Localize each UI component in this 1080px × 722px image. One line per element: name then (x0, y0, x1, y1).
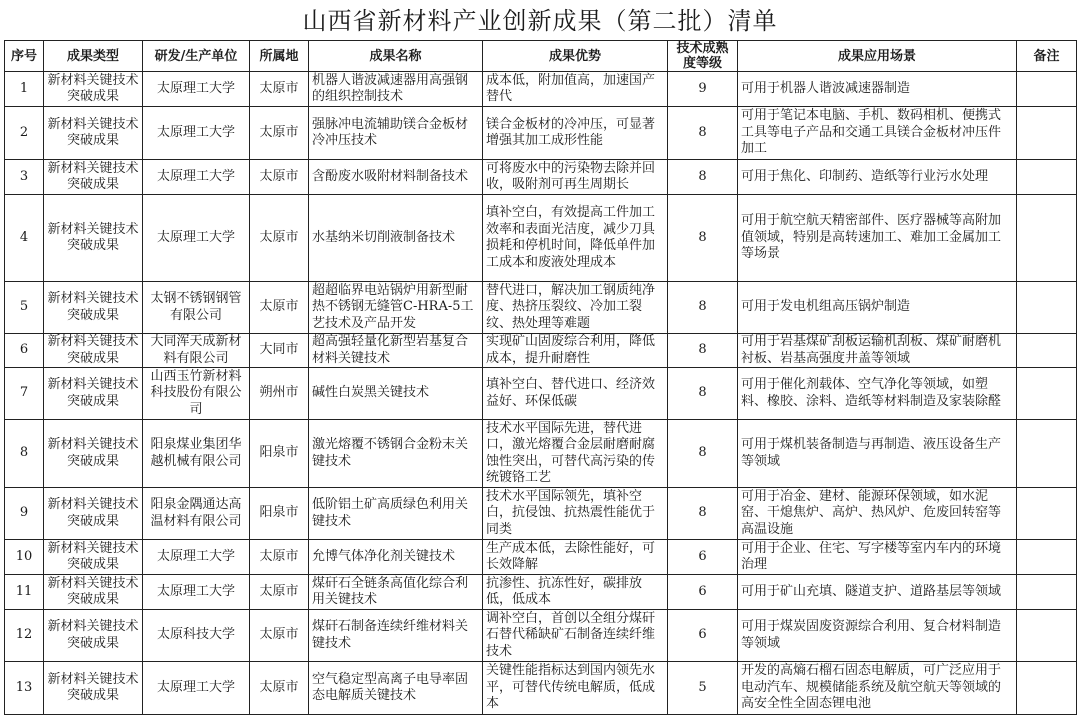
header-location: 所属地 (250, 41, 309, 72)
cell-location: 太原市 (250, 160, 309, 195)
header-advantage: 成果优势 (483, 41, 668, 72)
cell-trl: 6 (668, 610, 738, 662)
cell-type: 新材料关键技术突破成果 (44, 282, 143, 334)
cell-note (1017, 195, 1077, 282)
cell-type: 新材料关键技术突破成果 (44, 195, 143, 282)
table-row: 1 新材料关键技术突破成果 太原理工大学 太原市 机器人谐波减速器用高强钢的组织… (5, 72, 1077, 107)
cell-unit: 阳泉金隅通达高温材料有限公司 (143, 488, 250, 540)
cell-type: 新材料关键技术突破成果 (44, 662, 143, 715)
cell-unit: 太原理工大学 (143, 575, 250, 610)
cell-name: 超超临界电站锅炉用新型耐热不锈钢无缝管C-HRA-5工艺技术及产品开发 (309, 282, 483, 334)
cell-scenario: 可用于催化剂载体、空气净化等领域，如塑料、橡胶、涂料、造纸等材料制造及家装除醛 (738, 368, 1017, 420)
cell-advantage: 成本低，附加值高，加速国产替代 (483, 72, 668, 107)
cell-advantage: 填补空白，有效提高工件加工效率和表面光洁度，减少刀具损耗和停机时间，降低单件加工… (483, 195, 668, 282)
cell-trl: 5 (668, 662, 738, 715)
cell-advantage: 替代进口，解决加工钢质纯净度、热挤压裂纹、冷加工裂纹、热处理等难题 (483, 282, 668, 334)
header-type: 成果类型 (44, 41, 143, 72)
table-row: 12 新材料关键技术突破成果 太原科技大学 太原市 煤矸石制备连续纤维材料关键技… (5, 610, 1077, 662)
table-row: 13 新材料关键技术突破成果 太原理工大学 太原市 空气稳定型高离子电导率固态电… (5, 662, 1077, 715)
cell-trl: 8 (668, 368, 738, 420)
cell-seq: 6 (5, 334, 44, 368)
cell-scenario: 可用于发电机组高压锅炉制造 (738, 282, 1017, 334)
cell-scenario: 可用于焦化、印制药、造纸等行业污水处理 (738, 160, 1017, 195)
cell-seq: 2 (5, 107, 44, 160)
cell-type: 新材料关键技术突破成果 (44, 160, 143, 195)
header-seq: 序号 (5, 41, 44, 72)
cell-advantage: 调补空白，首创以全组分煤矸石替代稀缺矿石制备连续纤维技术 (483, 610, 668, 662)
cell-seq: 8 (5, 420, 44, 488)
cell-unit: 太原理工大学 (143, 160, 250, 195)
cell-name: 强脉冲电流辅助镁合金板材冷冲压技术 (309, 107, 483, 160)
cell-seq: 4 (5, 195, 44, 282)
cell-type: 新材料关键技术突破成果 (44, 72, 143, 107)
achievements-table: 序号 成果类型 研发/生产单位 所属地 成果名称 成果优势 技术成熟度等级 成果… (4, 40, 1077, 715)
cell-advantage: 技术水平国际领先，填补空白，抗侵蚀、抗热震性能优于同类 (483, 488, 668, 540)
cell-advantage: 镁合金板材的冷冲压，可显著增强其加工成形性能 (483, 107, 668, 160)
table-row: 7 新材料关键技术突破成果 山西玉竹新材料科技股份有限公司 朔州市 碱性白炭黑关… (5, 368, 1077, 420)
header-trl: 技术成熟度等级 (668, 41, 738, 72)
cell-advantage: 实现矿山固废综合利用，降低成本，提升耐磨性 (483, 334, 668, 368)
cell-trl: 8 (668, 420, 738, 488)
cell-unit: 阳泉煤业集团华越机械有限公司 (143, 420, 250, 488)
cell-trl: 6 (668, 540, 738, 575)
cell-unit: 太原理工大学 (143, 195, 250, 282)
cell-note (1017, 420, 1077, 488)
table-row: 2 新材料关键技术突破成果 太原理工大学 太原市 强脉冲电流辅助镁合金板材冷冲压… (5, 107, 1077, 160)
cell-location: 太原市 (250, 282, 309, 334)
cell-location: 太原市 (250, 72, 309, 107)
cell-trl: 8 (668, 488, 738, 540)
cell-type: 新材料关键技术突破成果 (44, 575, 143, 610)
cell-scenario: 可用于煤机装备制造与再制造、液压设备生产等领域 (738, 420, 1017, 488)
cell-scenario: 可用于煤炭固废资源综合利用、复合材料制造等领域 (738, 610, 1017, 662)
cell-name: 低阶铝土矿高质绿色利用关键技术 (309, 488, 483, 540)
cell-seq: 5 (5, 282, 44, 334)
cell-unit: 太钢不锈钢钢管有限公司 (143, 282, 250, 334)
cell-name: 煤矸石全链条高值化综合利用关键技术 (309, 575, 483, 610)
cell-trl: 9 (668, 72, 738, 107)
cell-unit: 太原理工大学 (143, 540, 250, 575)
cell-seq: 11 (5, 575, 44, 610)
cell-location: 阳泉市 (250, 488, 309, 540)
table-row: 8 新材料关键技术突破成果 阳泉煤业集团华越机械有限公司 阳泉市 激光熔覆不锈钢… (5, 420, 1077, 488)
cell-note (1017, 610, 1077, 662)
cell-note (1017, 575, 1077, 610)
cell-trl: 8 (668, 334, 738, 368)
header-note: 备注 (1017, 41, 1077, 72)
cell-seq: 12 (5, 610, 44, 662)
cell-unit: 山西玉竹新材料科技股份有限公司 (143, 368, 250, 420)
cell-type: 新材料关键技术突破成果 (44, 610, 143, 662)
cell-scenario: 可用于企业、住宅、写字楼等室内车内的环境治理 (738, 540, 1017, 575)
header-scenario: 成果应用场景 (738, 41, 1017, 72)
cell-type: 新材料关键技术突破成果 (44, 334, 143, 368)
cell-location: 阳泉市 (250, 420, 309, 488)
cell-location: 太原市 (250, 610, 309, 662)
cell-scenario: 可用于机器人谐波减速器制造 (738, 72, 1017, 107)
cell-name: 机器人谐波减速器用高强钢的组织控制技术 (309, 72, 483, 107)
cell-scenario: 可用于岩基煤矿刮板运输机刮板、煤矿耐磨机衬板、岩基高强度井盖等领域 (738, 334, 1017, 368)
table-row: 4 新材料关键技术突破成果 太原理工大学 太原市 水基纳米切削液制备技术 填补空… (5, 195, 1077, 282)
cell-unit: 太原理工大学 (143, 72, 250, 107)
header-row: 序号 成果类型 研发/生产单位 所属地 成果名称 成果优势 技术成熟度等级 成果… (5, 41, 1077, 72)
cell-seq: 10 (5, 540, 44, 575)
cell-seq: 1 (5, 72, 44, 107)
cell-unit: 太原理工大学 (143, 662, 250, 715)
cell-name: 激光熔覆不锈钢合金粉末关键技术 (309, 420, 483, 488)
table-row: 11 新材料关键技术突破成果 太原理工大学 太原市 煤矸石全链条高值化综合利用关… (5, 575, 1077, 610)
cell-note (1017, 540, 1077, 575)
cell-trl: 6 (668, 575, 738, 610)
cell-scenario: 可用于矿山充填、隧道支护、道路基层等领域 (738, 575, 1017, 610)
cell-scenario: 可用于笔记本电脑、手机、数码相机、便携式工具等电子产品和交通工具镁合金板材冲压件… (738, 107, 1017, 160)
cell-unit: 太原科技大学 (143, 610, 250, 662)
cell-note (1017, 160, 1077, 195)
cell-location: 太原市 (250, 540, 309, 575)
cell-trl: 8 (668, 160, 738, 195)
cell-location: 太原市 (250, 107, 309, 160)
cell-type: 新材料关键技术突破成果 (44, 107, 143, 160)
cell-trl: 8 (668, 282, 738, 334)
cell-scenario: 可用于冶金、建材、能源环保领域，如水泥窑、干熄焦炉、高炉、热风炉、危废回转窑等高… (738, 488, 1017, 540)
cell-type: 新材料关键技术突破成果 (44, 540, 143, 575)
header-unit: 研发/生产单位 (143, 41, 250, 72)
cell-name: 允博气体净化剂关键技术 (309, 540, 483, 575)
table-row: 5 新材料关键技术突破成果 太钢不锈钢钢管有限公司 太原市 超超临界电站锅炉用新… (5, 282, 1077, 334)
cell-name: 空气稳定型高离子电导率固态电解质关键技术 (309, 662, 483, 715)
cell-advantage: 抗渗性、抗冻性好，碳排放低，低成本 (483, 575, 668, 610)
cell-unit: 大同浑天成新材料有限公司 (143, 334, 250, 368)
table-row: 3 新材料关键技术突破成果 太原理工大学 太原市 含酚废水吸附材料制备技术 可将… (5, 160, 1077, 195)
cell-scenario: 可用于航空航天精密部件、医疗器械等高附加值领域，特别是高转速加工、难加工金属加工… (738, 195, 1017, 282)
cell-seq: 13 (5, 662, 44, 715)
cell-seq: 7 (5, 368, 44, 420)
cell-name: 碱性白炭黑关键技术 (309, 368, 483, 420)
cell-advantage: 可将废水中的污染物去除并回收，吸附剂可再生周期长 (483, 160, 668, 195)
cell-note (1017, 488, 1077, 540)
cell-location: 太原市 (250, 662, 309, 715)
table-row: 6 新材料关键技术突破成果 大同浑天成新材料有限公司 大同市 超高强轻量化新型岩… (5, 334, 1077, 368)
cell-name: 超高强轻量化新型岩基复合材料关键技术 (309, 334, 483, 368)
cell-advantage: 生产成本低，去除性能好，可长效降解 (483, 540, 668, 575)
cell-note (1017, 662, 1077, 715)
cell-name: 含酚废水吸附材料制备技术 (309, 160, 483, 195)
cell-note (1017, 72, 1077, 107)
cell-seq: 3 (5, 160, 44, 195)
table-row: 10 新材料关键技术突破成果 太原理工大学 太原市 允博气体净化剂关键技术 生产… (5, 540, 1077, 575)
cell-advantage: 技术水平国际先进，替代进口，激光熔覆合金层耐磨耐腐蚀性突出，可替代高污染的传统镀… (483, 420, 668, 488)
cell-note (1017, 107, 1077, 160)
cell-trl: 8 (668, 107, 738, 160)
cell-name: 煤矸石制备连续纤维材料关键技术 (309, 610, 483, 662)
cell-location: 太原市 (250, 575, 309, 610)
cell-location: 朔州市 (250, 368, 309, 420)
cell-advantage: 填补空白、替代进口、经济效益好、环保低碳 (483, 368, 668, 420)
document-title: 山西省新材料产业创新成果（第二批）清单 (0, 4, 1080, 38)
cell-unit: 太原理工大学 (143, 107, 250, 160)
cell-scenario: 开发的高熵石榴石固态电解质，可广泛应用于电动汽车、规模储能系统及航空航天等领域的… (738, 662, 1017, 715)
cell-name: 水基纳米切削液制备技术 (309, 195, 483, 282)
cell-note (1017, 282, 1077, 334)
table-row: 9 新材料关键技术突破成果 阳泉金隅通达高温材料有限公司 阳泉市 低阶铝土矿高质… (5, 488, 1077, 540)
cell-location: 大同市 (250, 334, 309, 368)
header-name: 成果名称 (309, 41, 483, 72)
cell-note (1017, 368, 1077, 420)
cell-type: 新材料关键技术突破成果 (44, 488, 143, 540)
cell-seq: 9 (5, 488, 44, 540)
cell-advantage: 关键性能指标达到国内领先水平，可替代传统电解质，低成本 (483, 662, 668, 715)
cell-note (1017, 334, 1077, 368)
cell-trl: 8 (668, 195, 738, 282)
cell-type: 新材料关键技术突破成果 (44, 420, 143, 488)
cell-type: 新材料关键技术突破成果 (44, 368, 143, 420)
cell-location: 太原市 (250, 195, 309, 282)
